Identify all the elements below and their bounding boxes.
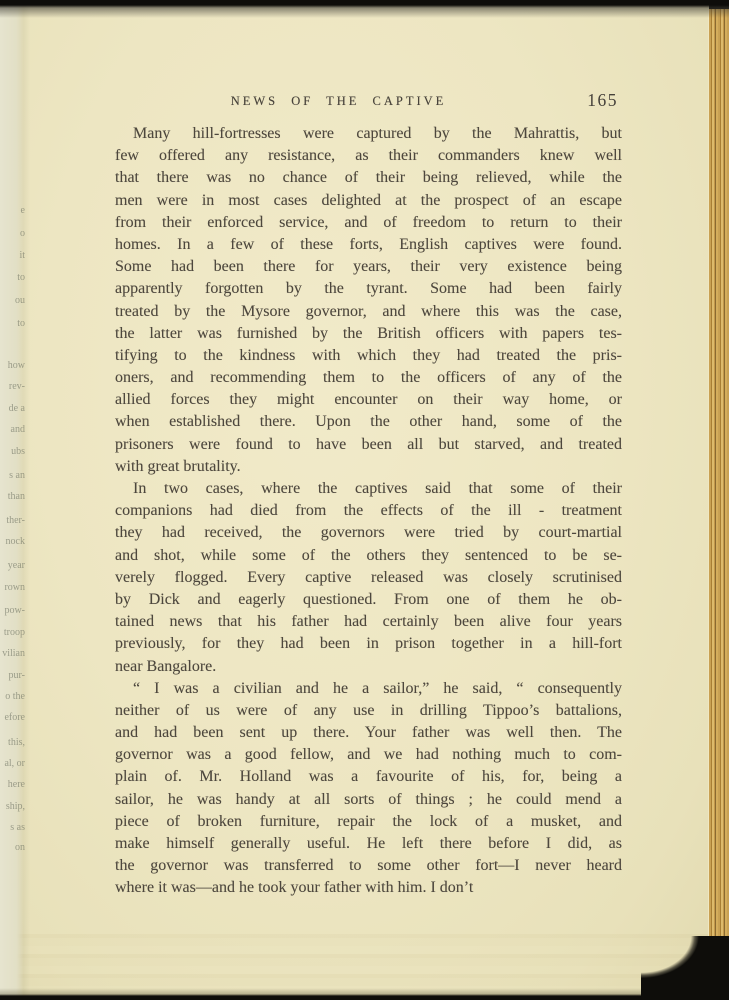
margin-fragment: de a bbox=[0, 403, 25, 414]
margin-fragment: vilian bbox=[0, 648, 25, 659]
margin-fragment: pow- bbox=[0, 605, 25, 616]
text-line: allied forces they might encounter on th… bbox=[115, 389, 622, 411]
text-line: where it was—and he took your father wit… bbox=[115, 877, 622, 899]
margin-fragment: to bbox=[0, 272, 25, 283]
margin-fragment: nock bbox=[0, 536, 25, 547]
margin-fragment: this, bbox=[0, 737, 25, 748]
margin-fragment: s an bbox=[0, 470, 25, 481]
text-line: the governor was transferred to some oth… bbox=[115, 855, 622, 877]
text-line: companions had died from the effects of … bbox=[115, 500, 622, 522]
book-scan: eoittooutohowrev-de aandubss anthanther-… bbox=[0, 0, 729, 1000]
text-line: they had received, the governors were tr… bbox=[115, 522, 622, 544]
margin-fragment: o the bbox=[0, 691, 25, 702]
margin-fragment: ther- bbox=[0, 515, 25, 526]
text-line: neither of us were of any use in drillin… bbox=[115, 700, 622, 722]
text-line: homes. In a few of these forts, English … bbox=[115, 234, 622, 256]
margin-fragment: how bbox=[0, 360, 25, 371]
text-line: few offered any resistance, as their com… bbox=[115, 145, 622, 167]
top-edge-shadow bbox=[0, 0, 729, 18]
margin-fragment: to bbox=[0, 318, 25, 329]
margin-fragment: al, or bbox=[0, 758, 25, 769]
margin-fragment: rown bbox=[0, 582, 25, 593]
margin-fragment: o bbox=[0, 228, 25, 239]
margin-fragment: efore bbox=[0, 712, 25, 723]
page-number: 165 bbox=[587, 90, 618, 111]
margin-fragment: ou bbox=[0, 295, 25, 306]
text-line: tained news that his father had certainl… bbox=[115, 611, 622, 633]
text-line: Many hill-fortresses were captured by th… bbox=[115, 123, 622, 145]
margin-fragment: year bbox=[0, 560, 25, 571]
text-line: plain of. Mr. Holland was a favourite of… bbox=[115, 766, 622, 788]
page-header: NEWS OF THE CAPTIVE 165 bbox=[115, 90, 622, 114]
text-line: make himself generally useful. He left t… bbox=[115, 833, 622, 855]
text-line: men were in most cases delighted at the … bbox=[115, 190, 622, 212]
margin-fragment: here bbox=[0, 779, 25, 790]
margin-fragment: troop bbox=[0, 627, 25, 638]
margin-fragment: ship, bbox=[0, 801, 25, 812]
text-line: previously, for they had been in prison … bbox=[115, 633, 622, 655]
text-line: tifying to the kindness with which they … bbox=[115, 345, 622, 367]
margin-fragment: e bbox=[0, 205, 25, 216]
text-line: and shot, while some of the others they … bbox=[115, 545, 622, 567]
paragraph: “ I was a civilian and he a sailor,” he … bbox=[115, 678, 622, 900]
text-line: oners, and recommending them to the offi… bbox=[115, 367, 622, 389]
text-line: the latter was furnished by the British … bbox=[115, 323, 622, 345]
margin-fragment: s as bbox=[0, 822, 25, 833]
text-line: prisoners were found to have been all bu… bbox=[115, 434, 622, 456]
text-line: governor was a good fellow, and we had n… bbox=[115, 744, 622, 766]
text-line: piece of broken furniture, repair the lo… bbox=[115, 811, 622, 833]
margin-fragment: rev- bbox=[0, 381, 25, 392]
text-line: near Bangalore. bbox=[115, 656, 622, 678]
margin-fragment: on bbox=[0, 842, 25, 853]
text-line: apparently forgotten by the tyrant. Some… bbox=[115, 278, 622, 300]
text-line: with great brutality. bbox=[115, 456, 622, 478]
text-line: when established there. Upon the other h… bbox=[115, 411, 622, 433]
text-line: “ I was a civilian and he a sailor,” he … bbox=[115, 678, 622, 700]
text-line: by Dick and eagerly questioned. From one… bbox=[115, 589, 622, 611]
text-line: sailor, he was handy at all sorts of thi… bbox=[115, 789, 622, 811]
text-line: and had been sent up there. Your father … bbox=[115, 722, 622, 744]
bottom-edge-shadow bbox=[0, 988, 729, 1000]
text-block: Many hill-fortresses were captured by th… bbox=[115, 123, 622, 900]
margin-fragments: eoittooutohowrev-de aandubss anthanther-… bbox=[0, 0, 27, 1000]
running-title: NEWS OF THE CAPTIVE bbox=[115, 94, 562, 109]
text-line: Some had been there for years, their ver… bbox=[115, 256, 622, 278]
margin-fragment: pur- bbox=[0, 670, 25, 681]
text-line: treated by the Mysore governor, and wher… bbox=[115, 301, 622, 323]
margin-fragment: than bbox=[0, 491, 25, 502]
fore-edge-pages bbox=[708, 9, 729, 956]
margin-fragment: and bbox=[0, 424, 25, 435]
margin-fragment: ubs bbox=[0, 446, 25, 457]
paragraph: Many hill-fortresses were captured by th… bbox=[115, 123, 622, 478]
text-line: that there was no chance of their being … bbox=[115, 167, 622, 189]
corner-shadow bbox=[641, 936, 729, 1000]
text-line: In two cases, where the captives said th… bbox=[115, 478, 622, 500]
margin-fragment: it bbox=[0, 250, 25, 261]
paragraph: In two cases, where the captives said th… bbox=[115, 478, 622, 678]
text-line: from their enforced service, and of free… bbox=[115, 212, 622, 234]
text-line: verely flogged. Every captive released w… bbox=[115, 567, 622, 589]
